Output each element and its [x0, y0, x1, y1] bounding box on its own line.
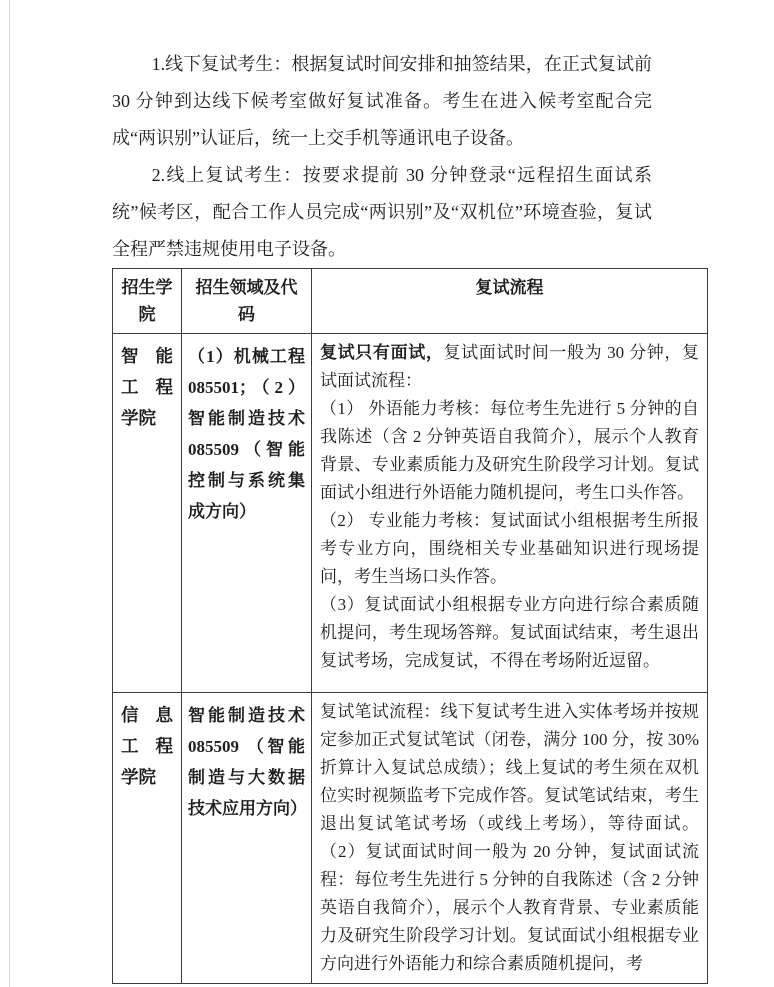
- process-paragraph: （3）复试面试小组根据专业方向进行综合素质随机提问，考生现场答辩。复试面试结束，…: [320, 591, 699, 675]
- college-name-cell: 智能工程学院: [113, 334, 182, 693]
- process-cell: 复试只有面试，复试面试时间一般为 30 分钟，复试面试流程： （1） 外语能力考…: [312, 334, 708, 693]
- field-code-cell: （1）机械工程 085501；（2）智能制造技术 085509（智能控制与系统集…: [182, 334, 312, 693]
- process-paragraph: 复试笔试流程：线下复试考生进入实体考场并按规定参加正式复试笔试（闭卷，满分 10…: [320, 698, 699, 978]
- intro-section: 1.线下复试考生：根据复试时间安排和抽签结果，在正式复试前 30 分钟到达线下候…: [112, 46, 652, 268]
- page-edge-line: [9, 0, 10, 987]
- field-code-cell: 智能制造技术 085509 （智能制造与大数据技术应用方向）: [182, 693, 312, 984]
- intro-paragraph-online: 2.线上复试考生：按要求提前 30 分钟登录“远程招生面试系统”候考区，配合工作…: [112, 157, 652, 268]
- document-page: 1.线下复试考生：根据复试时间安排和抽签结果，在正式复试前 30 分钟到达线下候…: [112, 46, 652, 984]
- college-name-cell: 信息工程学院: [113, 693, 182, 984]
- process-cell: 复试笔试流程：线下复试考生进入实体考场并按规定参加正式复试笔试（闭卷，满分 10…: [312, 693, 708, 984]
- process-bold-lead: 复试只有面试，: [320, 343, 444, 362]
- table-row: 信息工程学院 智能制造技术 085509 （智能制造与大数据技术应用方向） 复试…: [113, 693, 708, 984]
- table-row: 智能工程学院 （1）机械工程 085501；（2）智能制造技术 085509（智…: [113, 334, 708, 693]
- admission-reexam-table: 招生学院 招生领域及代码 复试流程 智能工程学院 （1）机械工程 085501；…: [112, 268, 708, 984]
- header-process: 复试流程: [312, 269, 708, 334]
- process-paragraph: （2） 专业能力考核：复试面试小组根据考生所报考专业方向，围绕相关专业基础知识进…: [320, 507, 699, 591]
- header-field-code: 招生领域及代码: [182, 269, 312, 334]
- header-college: 招生学院: [113, 269, 182, 334]
- intro-paragraph-offline: 1.线下复试考生：根据复试时间安排和抽签结果，在正式复试前 30 分钟到达线下候…: [112, 46, 652, 157]
- process-paragraph: 复试只有面试，复试面试时间一般为 30 分钟，复试面试流程：: [320, 339, 699, 395]
- table-header-row: 招生学院 招生领域及代码 复试流程: [113, 269, 708, 334]
- process-paragraph: （1） 外语能力考核：每位考生先进行 5 分钟的自我陈述（含 2 分钟英语自我简…: [320, 395, 699, 507]
